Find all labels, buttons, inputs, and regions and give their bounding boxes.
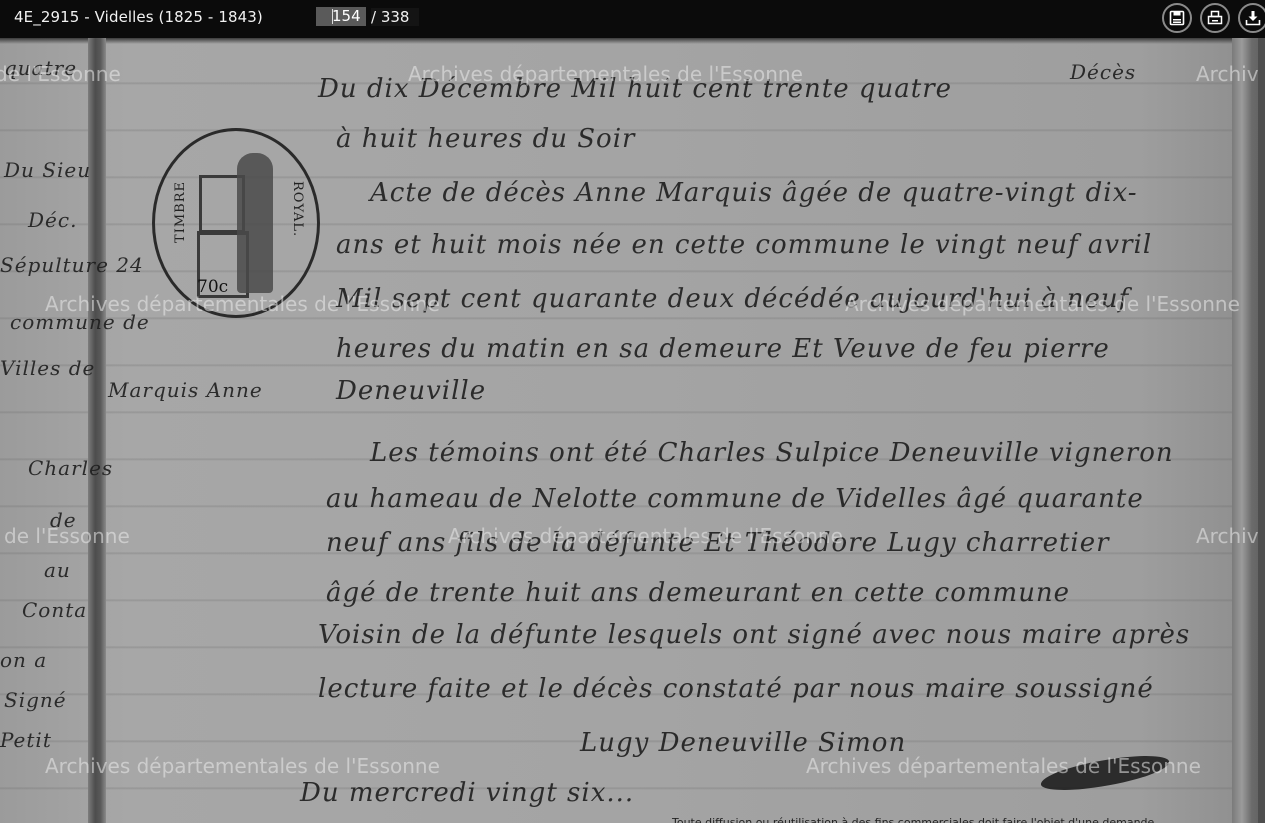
stamp-text-left: TIMBRE	[173, 181, 188, 243]
floppy-disk-icon	[1169, 10, 1185, 26]
margin-note: Du Sieu	[4, 158, 91, 182]
watermark: Archives départementales de l'Essonne	[806, 754, 1201, 778]
entry-type-note: Décès	[1070, 60, 1136, 84]
stamp-text-right: ROYAL.	[290, 181, 305, 237]
page-top-shadow	[0, 38, 1265, 44]
margin-note: Conta	[22, 598, 87, 622]
download-button[interactable]	[1238, 3, 1265, 33]
page-navigator: 154 / 338	[316, 7, 419, 26]
record-line: heures du matin en sa demeure Et Veuve d…	[336, 334, 1110, 364]
royal-stamp: TIMBRE ROYAL. 70c	[152, 128, 320, 318]
toolbar-actions	[1162, 3, 1265, 33]
document-image-viewer[interactable]: TIMBRE ROYAL. 70c quatre Du Sieu Déc. Sé…	[0, 38, 1265, 823]
save-button[interactable]	[1162, 3, 1192, 33]
margin-note: on a	[0, 648, 47, 672]
margin-note: Déc.	[28, 208, 77, 232]
record-line: Deneuville	[336, 376, 486, 406]
record-line: au hameau de Nelotte commune de Videlles…	[326, 484, 1144, 514]
download-icon	[1245, 10, 1261, 26]
margin-note: au	[44, 558, 71, 582]
page-binding-line	[88, 38, 106, 823]
watermark: Archiv	[1196, 62, 1259, 86]
record-line: ans et huit mois née en cette commune le…	[336, 230, 1152, 260]
margin-note: Sépulture 24	[0, 253, 144, 277]
viewer-toolbar: 4E_2915 - Videlles (1825 - 1843) 154 / 3…	[0, 0, 1265, 38]
watermark: de l'Essonne	[4, 524, 130, 548]
margin-note: Charles	[28, 456, 113, 480]
watermark: Archiv	[1196, 524, 1259, 548]
page-right-border	[1258, 38, 1265, 823]
record-line: à huit heures du Soir	[336, 124, 635, 154]
printer-icon	[1207, 10, 1223, 26]
record-line: Les témoins ont été Charles Sulpice Dene…	[370, 438, 1174, 468]
page-total: / 338	[371, 8, 419, 26]
record-line: Acte de décès Anne Marquis âgée de quatr…	[370, 178, 1138, 208]
margin-note: Signé	[4, 688, 67, 712]
record-line: Voisin de la défunte lesquels ont signé …	[318, 620, 1190, 650]
document-title: 4E_2915 - Videlles (1825 - 1843)	[14, 8, 263, 26]
watermark: Archives départementales de l'Essonne	[45, 292, 440, 316]
record-line: âgé de trente huit ans demeurant en cett…	[326, 578, 1070, 608]
record-line: lecture faite et le décès constaté par n…	[318, 674, 1154, 704]
watermark: Archives départementales de l'Essonne	[845, 292, 1240, 316]
usage-notice: Toute diffusion ou réutilisation à des f…	[672, 816, 1154, 823]
watermark: Archives départementales de l'Essonne	[45, 754, 440, 778]
page-number-input[interactable]: 154	[316, 7, 366, 26]
stamp-allegory-figure	[237, 153, 273, 293]
print-button[interactable]	[1200, 3, 1230, 33]
record-line: Du mercredi vingt six...	[300, 778, 634, 808]
watermark: Archives départementales de l'Essonne	[408, 62, 803, 86]
margin-note: Marquis Anne	[108, 378, 263, 402]
watermark: de l'Essonne	[0, 62, 121, 86]
margin-note: Petit	[0, 728, 52, 752]
margin-note: Villes de	[0, 356, 95, 380]
watermark: Archives départementales de l'Essonne	[448, 524, 843, 548]
